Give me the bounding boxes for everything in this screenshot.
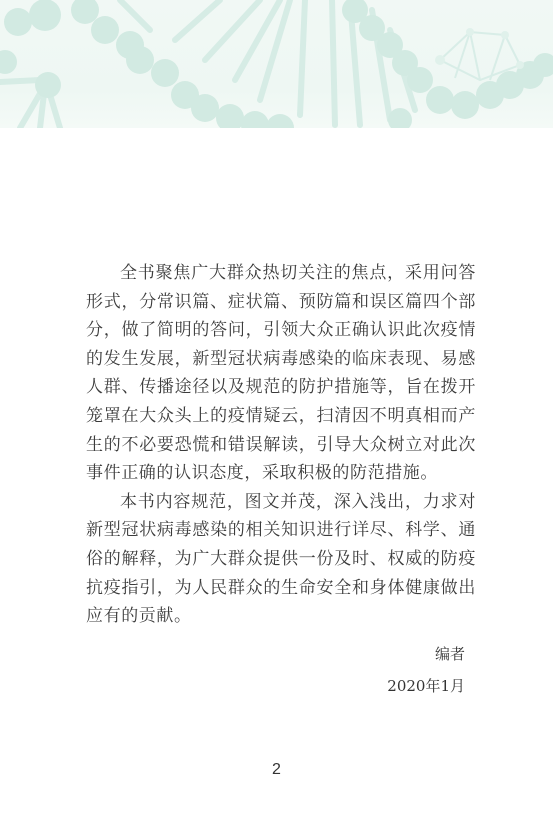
signature-author: 编者 [387, 638, 465, 670]
header-dna-illustration [0, 0, 553, 128]
preface-paragraph-2: 本书内容规范，图文并茂，深入浅出，力求对新型冠状病毒感染的相关知识进行详尽、科学… [86, 488, 476, 631]
dna-helix-icon [0, 0, 553, 128]
signature-block: 编者 2020年1月 [387, 638, 465, 702]
preface-paragraph-1: 全书聚焦广大群众热切关注的焦点，采用问答形式，分常识篇、症状篇、预防篇和误区篇四… [86, 259, 476, 488]
page-number: 2 [0, 761, 553, 779]
preface-body: 全书聚焦广大群众热切关注的焦点，采用问答形式，分常识篇、症状篇、预防篇和误区篇四… [86, 259, 476, 631]
signature-date: 2020年1月 [387, 670, 465, 702]
